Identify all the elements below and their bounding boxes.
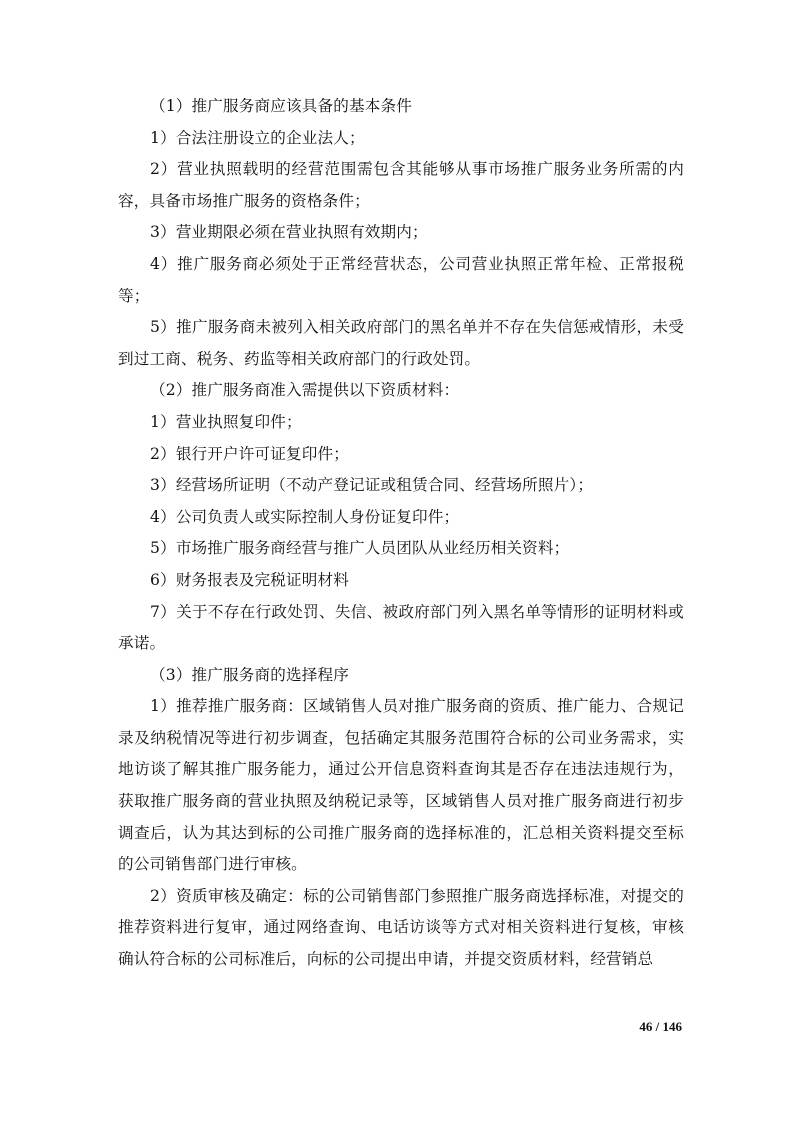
list-item: 4）公司负责人或实际控制人身份证复印件； <box>118 502 684 534</box>
list-item: 3）经营场所证明（不动产登记证或租赁合同、经营场所照片）； <box>118 470 684 502</box>
list-item: 1）营业执照复印件； <box>118 407 684 439</box>
list-item: 5）推广服务商未被列入相关政府部门的黑名单并不存在失信惩戒情形，未受到过工商、税… <box>118 312 684 375</box>
list-item: 7）关于不存在行政处罚、失信、被政府部门列入黑名单等情形的证明材料或承诺。 <box>118 597 684 660</box>
list-item: 3）营业期限必须在营业执照有效期内； <box>118 217 684 249</box>
list-item: 4）推广服务商必须处于正常经营状态，公司营业执照正常年检、正常报税等； <box>118 249 684 312</box>
list-item: 1）推荐推广服务商：区域销售人员对推广服务商的资质、推广能力、合规记录及纳税情况… <box>118 691 684 881</box>
list-item: 2）资质审核及确定：标的公司销售部门参照推广服务商选择标准，对提交的推荐资料进行… <box>118 881 684 976</box>
list-item: 1）合法注册设立的企业法人； <box>118 123 684 155</box>
section-heading-qualification-materials: （2）推广服务商准入需提供以下资质材料： <box>118 375 684 407</box>
list-item: 2）银行开户许可证复印件； <box>118 439 684 471</box>
document-body: （1）推广服务商应该具备的基本条件 1）合法注册设立的企业法人； 2）营业执照载… <box>118 91 684 976</box>
section-heading-selection-procedure: （3）推广服务商的选择程序 <box>118 660 684 692</box>
list-item: 2）营业执照载明的经营范围需包含其能够从事市场推广服务业务所需的内容，具备市场推… <box>118 154 684 217</box>
list-item: 5）市场推广服务商经营与推广人员团队从业经历相关资料； <box>118 533 684 565</box>
list-item: 6）财务报表及完税证明材料 <box>118 565 684 597</box>
page-number: 46 / 146 <box>639 1019 682 1035</box>
section-heading-basic-conditions: （1）推广服务商应该具备的基本条件 <box>118 91 684 123</box>
